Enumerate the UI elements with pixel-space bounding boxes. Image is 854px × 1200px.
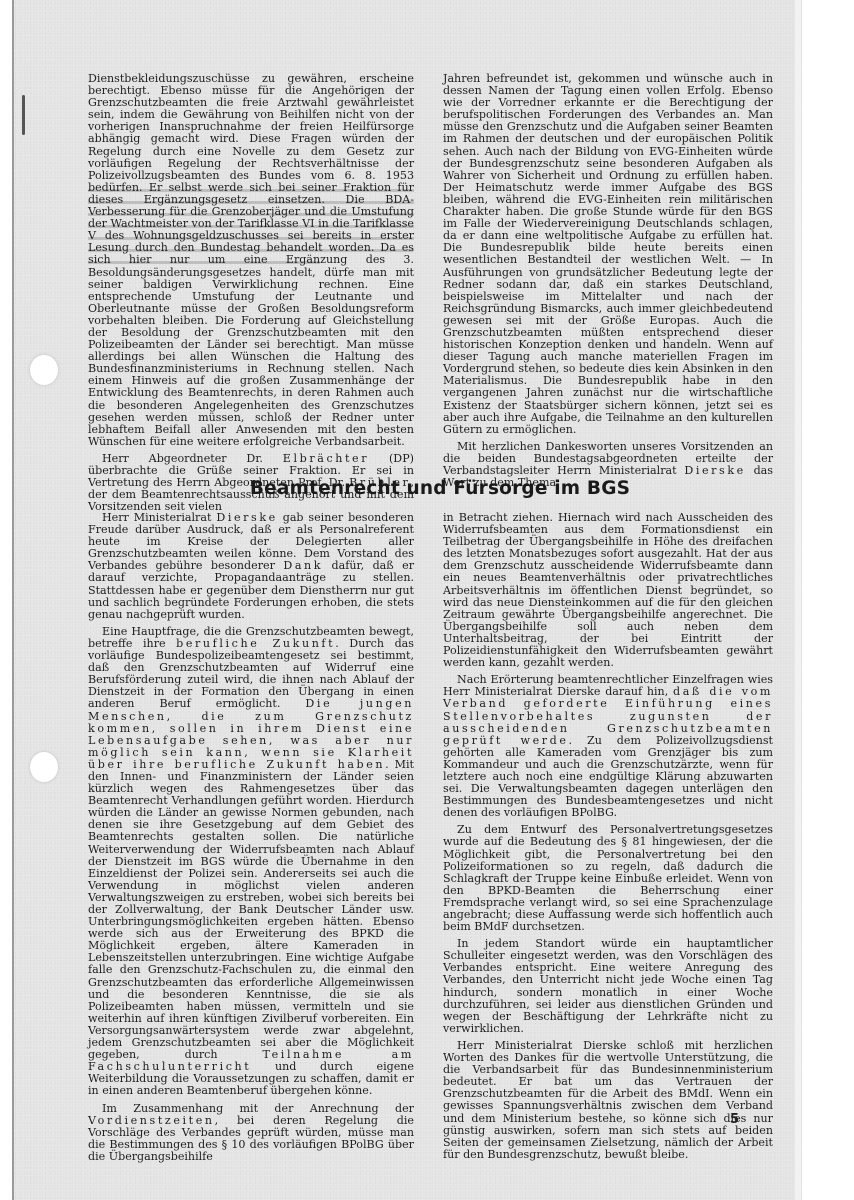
spaced-emphasis: Dierske: [684, 464, 746, 477]
paragraph: In jedem Standort würde ein hauptamtlich…: [443, 938, 773, 1035]
page-number: 5: [730, 1112, 739, 1127]
section-headline: Beamtenrecht und Fürsorge im BGS: [80, 478, 800, 499]
spaced-emphasis: Dierske: [216, 511, 278, 524]
punch-hole-top: [30, 355, 58, 385]
spaced-emphasis: berufliche Zukunft: [176, 637, 335, 650]
text-run: Herr Abgeordneter Dr.: [102, 452, 283, 465]
punch-hole-bottom: [30, 752, 58, 782]
paragraph: Herr Ministerialrat Dierske gab seiner b…: [88, 512, 414, 621]
paragraph: Im Zusammenhang mit der Anrechnung der V…: [88, 1103, 414, 1163]
paragraph: Zu dem Entwurf des Personalvertretungsge…: [443, 824, 773, 933]
text-run: Herr Ministerialrat Dierske schloß mit h…: [443, 1039, 773, 1161]
text-run: . Zu dem Polizeivollzugsdienst gehörten …: [443, 734, 773, 820]
text-run: Jahren befreundet ist, gekommen und wüns…: [443, 72, 773, 436]
text-run: in Betracht ziehen. Hiernach wird nach A…: [443, 511, 773, 669]
page-right-margin-strip: [795, 0, 801, 1200]
spaced-emphasis: Vordienstzeiten: [88, 1114, 215, 1127]
paragraph: Jahren befreundet ist, gekommen und wüns…: [443, 73, 773, 436]
column-upper-left: Dienstbekleidungszuschüsse zu gewähren, …: [88, 73, 414, 518]
column-lower-left: Herr Ministerialrat Dierske gab seiner b…: [88, 512, 414, 1168]
paragraph: Nach Erörterung beamtenrechtlicher Einze…: [443, 674, 773, 819]
text-run: Zu dem Entwurf des Personalvertretungsge…: [443, 823, 773, 933]
paragraph: Dienstbekleidungszuschüsse zu gewähren, …: [88, 73, 414, 448]
column-lower-right: in Betracht ziehen. Hiernach wird nach A…: [443, 512, 773, 1166]
spaced-emphasis: Elbrächter: [283, 452, 369, 465]
paragraph: Herr Ministerialrat Dierske schloß mit h…: [443, 1040, 773, 1161]
text-run: In jedem Standort würde ein hauptamtlich…: [443, 937, 773, 1035]
spaced-emphasis: Dank: [283, 559, 323, 572]
page-left-edge: [12, 0, 14, 1200]
column-upper-right: Jahren befreundet ist, gekommen und wüns…: [443, 73, 773, 494]
paragraph: Eine Hauptfrage, die die Grenzschutzbeam…: [88, 626, 414, 1098]
text-run: Dienstbekleidungszuschüsse zu gewähren, …: [88, 72, 414, 182]
paragraph: in Betracht ziehen. Hiernach wird nach A…: [443, 512, 773, 669]
text-run: zung des 3. Besoldungsänderungsgesetzes …: [88, 253, 414, 447]
text-run: Im Zusammenhang mit der Anrechnung der: [102, 1102, 414, 1115]
scan-mark: [22, 95, 25, 135]
text-run: . Mit den Innen- und Finanzministern der…: [88, 758, 414, 1061]
text-run: Herr Ministerialrat: [102, 511, 216, 524]
